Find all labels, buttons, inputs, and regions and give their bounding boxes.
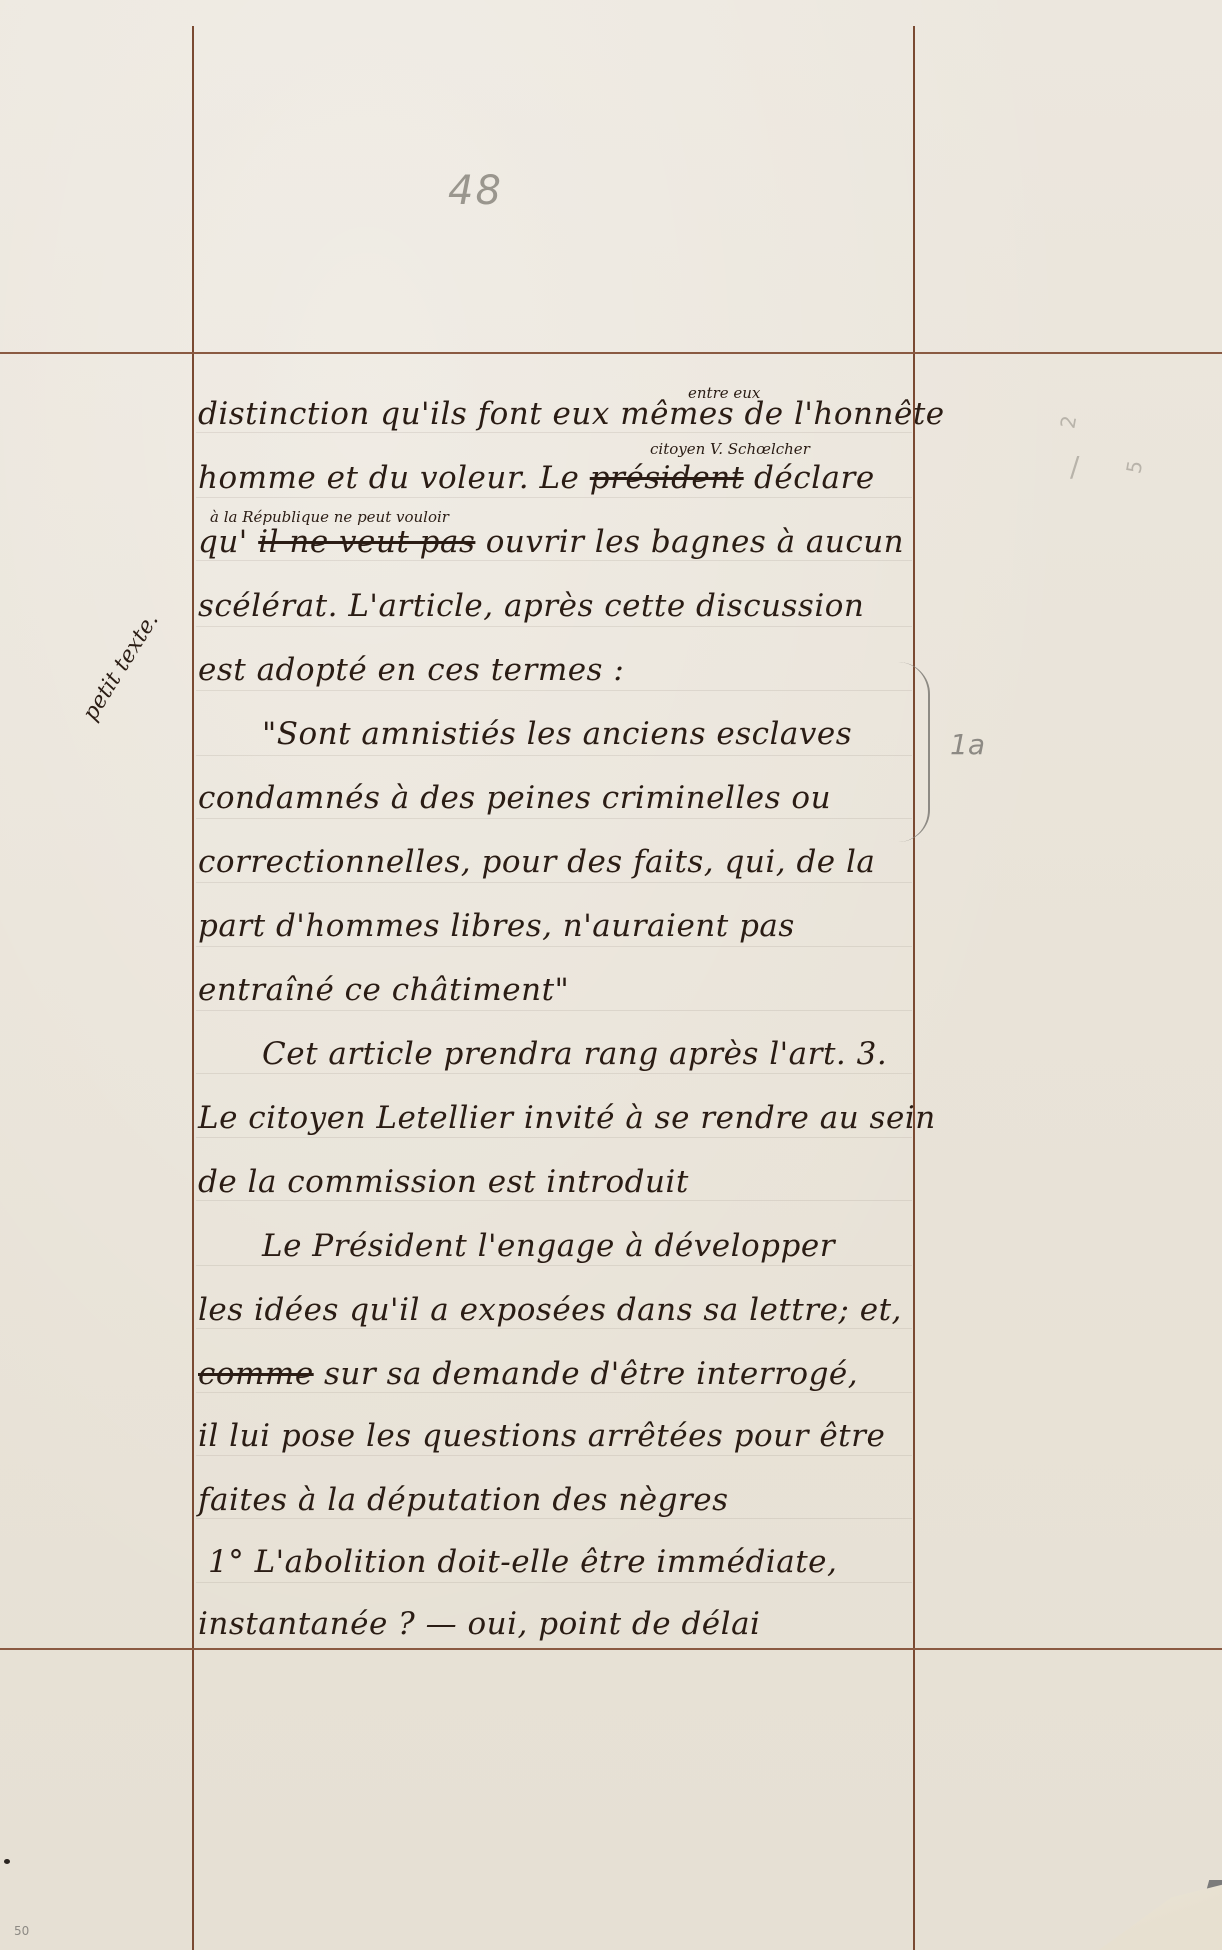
manuscript-line: Le Président l'engage à développer bbox=[262, 1228, 982, 1264]
line-text: condamnés à des peines criminelles ou bbox=[198, 780, 831, 816]
line-text: faites à la députation des nègres bbox=[198, 1482, 729, 1518]
faint-rule bbox=[196, 1518, 912, 1519]
faint-rule bbox=[196, 626, 912, 627]
line-text: qu' bbox=[198, 524, 258, 560]
faint-rule bbox=[196, 882, 912, 883]
manuscript-line: 1° L'abolition doit-elle être immédiate, bbox=[208, 1544, 928, 1580]
faint-rule bbox=[196, 755, 912, 756]
faint-rule bbox=[196, 818, 912, 819]
manuscript-line: scélérat. L'article, après cette discuss… bbox=[198, 588, 918, 624]
interlinear-insert: entre eux bbox=[688, 384, 760, 402]
faint-rule bbox=[196, 560, 912, 561]
manuscript-line: instantanée ? — oui, point de délai bbox=[198, 1606, 918, 1642]
faint-rule bbox=[196, 1265, 912, 1266]
manuscript-line: distinction qu'ils font eux mêmes de l'h… bbox=[198, 396, 918, 432]
faint-rule bbox=[196, 946, 912, 947]
faint-rule bbox=[196, 1073, 912, 1074]
top-margin-rule bbox=[0, 352, 1222, 354]
faint-rule bbox=[196, 1455, 912, 1456]
faint-rule bbox=[196, 432, 912, 433]
faint-rule bbox=[196, 1010, 912, 1011]
manuscript-line: qu' il ne veut pas ouvrir les bagnes à a… bbox=[198, 524, 918, 560]
faint-rule bbox=[196, 1392, 912, 1393]
faint-rule bbox=[196, 1200, 912, 1201]
line-text: de la commission est introduit bbox=[198, 1164, 689, 1200]
line-text: 1° L'abolition doit-elle être immédiate, bbox=[208, 1544, 837, 1580]
line-text: distinction qu'ils font eux mêmes de l'h… bbox=[198, 396, 945, 432]
line-text: "Sont amnistiés les anciens esclaves bbox=[262, 716, 852, 752]
archive-folio-number: 50 bbox=[14, 1924, 29, 1938]
line-text: déclare bbox=[744, 460, 875, 496]
ink-spot bbox=[4, 1859, 10, 1864]
manuscript-line: "Sont amnistiés les anciens esclaves bbox=[262, 716, 982, 752]
line-text: il lui pose les questions arrêtées pour … bbox=[198, 1418, 885, 1454]
left-margin-rule bbox=[192, 26, 194, 1950]
line-text: Le citoyen Letellier invité à se rendre … bbox=[198, 1100, 936, 1136]
faint-rule bbox=[196, 690, 912, 691]
line-text: part d'hommes libres, n'auraient pas bbox=[198, 908, 795, 944]
manuscript-line: Cet article prendra rang après l'art. 3. bbox=[262, 1036, 982, 1072]
line-text: correctionnelles, pour des faits, qui, d… bbox=[198, 844, 875, 880]
struck-text: il ne veut pas bbox=[258, 524, 475, 560]
manuscript-line: est adopté en ces termes : bbox=[198, 652, 918, 688]
line-text: ouvrir les bagnes à aucun bbox=[475, 524, 904, 560]
line-text: entraîné ce châtiment" bbox=[198, 972, 569, 1008]
manuscript-line: Le citoyen Letellier invité à se rendre … bbox=[198, 1100, 918, 1136]
manuscript-line: correctionnelles, pour des faits, qui, d… bbox=[198, 844, 918, 880]
manuscript-line: comme sur sa demande d'être interrogé, bbox=[198, 1356, 918, 1392]
line-text: instantanée ? — oui, point de délai bbox=[198, 1606, 760, 1642]
faint-rule bbox=[196, 497, 912, 498]
line-text: est adopté en ces termes : bbox=[198, 652, 624, 688]
manuscript-line: condamnés à des peines criminelles ou bbox=[198, 780, 918, 816]
interlinear-insert: à la République ne peut vouloir bbox=[210, 508, 449, 526]
page-number: 48 bbox=[448, 168, 503, 214]
manuscript-line: faites à la députation des nègres bbox=[198, 1482, 918, 1518]
struck-text: président bbox=[590, 460, 744, 496]
bottom-margin-rule bbox=[0, 1648, 1222, 1650]
line-text: sur sa demande d'être interrogé, bbox=[314, 1356, 858, 1392]
manuscript-line: il lui pose les questions arrêtées pour … bbox=[198, 1418, 918, 1454]
line-text: Le Président l'engage à développer bbox=[262, 1228, 835, 1264]
line-text: scélérat. L'article, après cette discuss… bbox=[198, 588, 864, 624]
manuscript-line: entraîné ce châtiment" bbox=[198, 972, 918, 1008]
faint-rule bbox=[196, 1328, 912, 1329]
interlinear-insert: citoyen V. Schœlcher bbox=[650, 440, 810, 458]
line-text: homme et du voleur. Le bbox=[198, 460, 590, 496]
manuscript-line: part d'hommes libres, n'auraient pas bbox=[198, 908, 918, 944]
manuscript-line: les idées qu'il a exposées dans sa lettr… bbox=[198, 1292, 918, 1328]
struck-text: comme bbox=[198, 1356, 314, 1392]
faint-rule bbox=[196, 1137, 912, 1138]
line-text: Cet article prendra rang après l'art. 3. bbox=[262, 1036, 887, 1072]
manuscript-line: de la commission est introduit bbox=[198, 1164, 918, 1200]
pencil-mark: / bbox=[1070, 450, 1079, 483]
faint-rule bbox=[196, 1582, 912, 1583]
line-text: les idées qu'il a exposées dans sa lettr… bbox=[198, 1292, 902, 1328]
manuscript-line: homme et du voleur. Le président déclare bbox=[198, 460, 918, 496]
